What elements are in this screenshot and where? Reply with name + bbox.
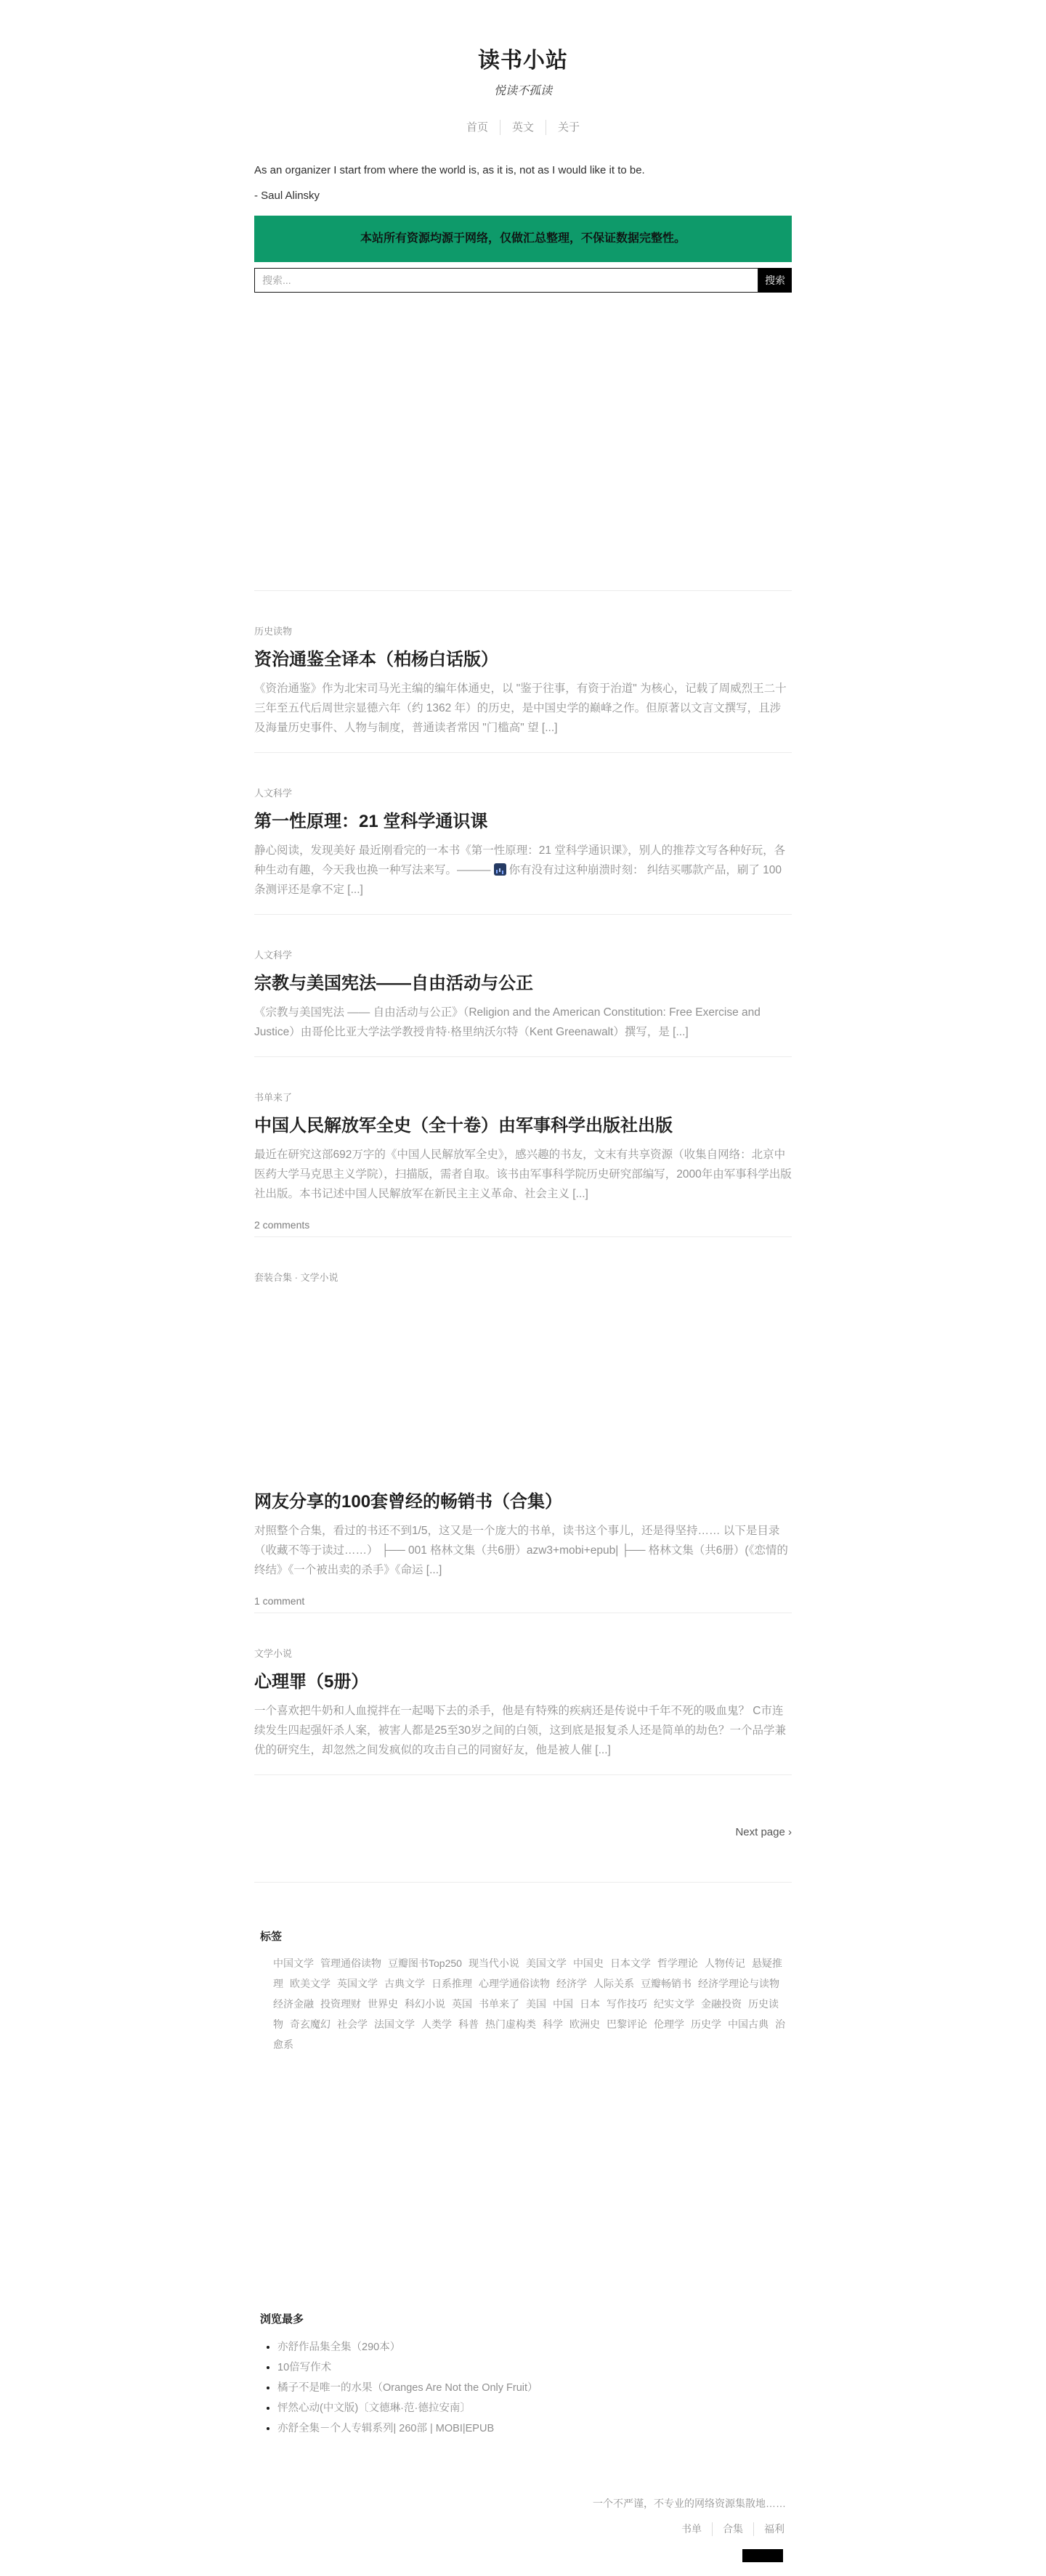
post: 套装合集 · 文学小说 网友分享的100套曾经的畅销书（合集） 对照整个合集，看…	[254, 1236, 792, 1608]
quote-text: As an organizer I start from where the w…	[254, 163, 792, 179]
tag-link[interactable]: 科幻小说	[405, 1998, 445, 2010]
most-viewed-item: 橘子不是唯一的水果（Oranges Are Not the Only Fruit…	[277, 2378, 792, 2398]
post-category-row: 套装合集 · 文学小说	[254, 1271, 792, 1284]
featured-image-placeholder	[254, 1284, 792, 1480]
blank-widget-placeholder	[260, 2055, 792, 2265]
post-title[interactable]: 中国人民解放军全史（全十卷）由军事科学出版社出版	[254, 1116, 673, 1136]
tag-link[interactable]: 写作技巧	[607, 1998, 647, 2010]
tag-link[interactable]: 伦理学	[654, 2018, 684, 2030]
tag-link[interactable]: 中国史	[573, 1957, 604, 1969]
most-viewed-list: 亦舒作品集全集（290本）10倍写作术橘子不是唯一的水果（Oranges Are…	[260, 2337, 792, 2439]
notice-banner: 本站所有资源均源于网络，仅做汇总整理，不保证数据完整性。	[254, 216, 792, 262]
site-title[interactable]: 读书小站	[254, 42, 792, 74]
nav-item-about[interactable]: 关于	[546, 120, 591, 135]
tag-link[interactable]: 欧美文学	[290, 1978, 331, 1989]
site-footer: 一个不严谨，不专业的网络资源集散地…… 书单 合集 福利	[254, 2497, 792, 2564]
tag-link[interactable]: 欧洲史	[569, 2018, 600, 2030]
post-comments-link[interactable]: 1 comment	[254, 1595, 304, 1607]
tag-link[interactable]: 热门虚构类	[485, 2018, 536, 2030]
tag-link[interactable]: 现当代小说	[469, 1957, 519, 1969]
tag-link[interactable]: 豆瓣图书Top250	[388, 1957, 462, 1969]
tag-link[interactable]: 社会学	[337, 2018, 368, 2030]
post-category[interactable]: 历史读物	[254, 626, 292, 637]
footer-link-collection[interactable]: 合集	[712, 2522, 753, 2536]
tag-link[interactable]: 纪实文学	[654, 1998, 694, 2010]
most-viewed-heading: 浏览最多	[260, 2312, 792, 2327]
site-header: 读书小站 悦读不孤读 首页 英文 关于	[254, 42, 792, 135]
chart-emoji-icon	[494, 863, 506, 876]
tag-link[interactable]: 经济金融	[273, 1998, 314, 2010]
tags-widget: 标签 中国文学管理通俗读物豆瓣图书Top250现当代小说美国文学中国史日本文学哲…	[260, 1929, 792, 2055]
tag-link[interactable]: 世界史	[368, 1998, 398, 2010]
tag-link[interactable]: 人际关系	[593, 1978, 634, 1989]
search-button[interactable]: 搜索	[758, 268, 792, 293]
quote-author: - Saul Alinsky	[254, 188, 792, 204]
tag-link[interactable]: 巴黎评论	[607, 2018, 647, 2030]
post-title[interactable]: 第一性原理：21 堂科学通识课	[254, 812, 487, 831]
post-category[interactable]: 书单来了	[254, 1092, 292, 1103]
footer-nav: 书单 合集 福利	[254, 2522, 786, 2536]
post: 书单来了 中国人民解放军全史（全十卷）由军事科学出版社出版 最近在研究这部692…	[254, 1056, 792, 1232]
most-viewed-link[interactable]: 怦然心动(中文版)〔文德琳·范·德拉安南〕	[277, 2402, 471, 2414]
post-excerpt: 对照整个合集，看过的书还不到1/5，这又是一个庞大的书单，读书这个事儿，还是得坚…	[254, 1521, 792, 1580]
tag-link[interactable]: 历史学	[691, 2018, 721, 2030]
tag-link[interactable]: 科学	[543, 2018, 563, 2030]
tag-link[interactable]: 管理通俗读物	[320, 1957, 381, 1969]
tag-link[interactable]: 经济学理论与读物	[698, 1978, 779, 1989]
search-form: 搜索	[254, 268, 792, 293]
post: 人文科学 宗教与美国宪法——自由活动与公正 《宗教与美国宪法 —— 自由活动与公…	[254, 914, 792, 1042]
tag-link[interactable]: 经济学	[556, 1978, 587, 1989]
tag-link[interactable]: 哲学理论	[657, 1957, 698, 1969]
tag-link[interactable]: 金融投资	[701, 1998, 742, 2010]
tag-cloud: 中国文学管理通俗读物豆瓣图书Top250现当代小说美国文学中国史日本文学哲学理论…	[260, 1953, 792, 2055]
most-viewed-item: 亦舒全集－个人专辑系列| 260部 | MOBI|EPUB	[277, 2418, 792, 2439]
tags-heading: 标签	[260, 1929, 792, 1944]
post-category[interactable]: 套装合集 · 文学小说	[254, 1272, 338, 1283]
main-nav: 首页 英文 关于	[254, 120, 792, 135]
post: 人文科学 第一性原理：21 堂科学通识课 静心阅读，发现美好 最近刚看完的一本书…	[254, 752, 792, 900]
tag-link[interactable]: 奇玄魔幻	[290, 2018, 331, 2030]
post-excerpt: 静心阅读，发现美好 最近刚看完的一本书《第一性原理：21 堂科学通识课》，别人的…	[254, 841, 792, 900]
tag-link[interactable]: 法国文学	[374, 2018, 415, 2030]
post-list: 历史读物 资治通鉴全译本（柏杨白话版） 《资治通鉴》作为北宋司马光主编的编年体通…	[254, 590, 792, 1760]
post-category-row: 书单来了	[254, 1091, 792, 1104]
post-title[interactable]: 资治通鉴全译本（柏杨白话版）	[254, 650, 498, 669]
most-viewed-item: 亦舒作品集全集（290本）	[277, 2337, 792, 2357]
tag-link[interactable]: 投资理财	[320, 1998, 361, 2010]
post-comments-row: 1 comment	[254, 1594, 792, 1608]
post-excerpt: 《资治通鉴》作为北宋司马光主编的编年体通史，以 "鉴于往事，有资于治道" 为核心…	[254, 679, 792, 738]
tag-link[interactable]: 美国	[526, 1998, 546, 2010]
tag-link[interactable]: 英国文学	[337, 1978, 378, 1989]
footer-link-booklist[interactable]: 书单	[671, 2522, 712, 2536]
search-input[interactable]	[254, 268, 758, 293]
tag-link[interactable]: 书单来了	[479, 1998, 519, 2010]
tag-link[interactable]: 日本	[580, 1998, 600, 2010]
next-page-link[interactable]: Next page ›	[735, 1826, 792, 1838]
post-title[interactable]: 心理罪（5册）	[254, 1672, 368, 1692]
tag-link[interactable]: 心理学通俗读物	[479, 1978, 550, 1989]
tag-link[interactable]: 美国文学	[526, 1957, 567, 1969]
post-category[interactable]: 人文科学	[254, 788, 292, 799]
post-category[interactable]: 文学小说	[254, 1648, 292, 1659]
tag-link[interactable]: 日系推理	[431, 1978, 472, 1989]
post-comments-row: 2 comments	[254, 1218, 792, 1232]
tag-link[interactable]: 中国	[553, 1998, 573, 2010]
footer-link-welfare[interactable]: 福利	[753, 2522, 786, 2536]
post-comments-link[interactable]: 2 comments	[254, 1219, 309, 1231]
post-category-row: 人文科学	[254, 786, 792, 800]
post-category[interactable]: 人文科学	[254, 950, 292, 961]
tag-link[interactable]: 中国文学	[273, 1957, 314, 1969]
nav-item-english[interactable]: 英文	[500, 120, 546, 135]
post-category-row: 历史读物	[254, 624, 792, 638]
most-viewed-widget: 浏览最多 亦舒作品集全集（290本）10倍写作术橘子不是唯一的水果（Orange…	[260, 2312, 792, 2439]
post-title[interactable]: 宗教与美国宪法——自由活动与公正	[254, 974, 533, 993]
most-viewed-link[interactable]: 亦舒全集－个人专辑系列| 260部 | MOBI|EPUB	[277, 2423, 494, 2434]
tag-link[interactable]: 豆瓣畅销书	[641, 1978, 692, 1989]
tag-link[interactable]: 科普	[458, 2018, 479, 2030]
most-viewed-link[interactable]: 10倍写作术	[277, 2362, 331, 2373]
post-excerpt: 一个喜欢把牛奶和人血搅拌在一起喝下去的杀手，他是有特殊的疾病还是传说中千年不死的…	[254, 1701, 792, 1760]
tag-link[interactable]: 人物传记	[705, 1957, 745, 1969]
post-excerpt: 最近在研究这部692万字的《中国人民解放军全史》，感兴趣的书友，文末有共享资源（…	[254, 1145, 792, 1204]
page: 读书小站 悦读不孤读 首页 英文 关于 As an organizer I st…	[254, 42, 792, 2564]
pagination: Next page ›	[254, 1774, 792, 1882]
notice-text: 本站所有资源均源于网络，仅做汇总整理，不保证数据完整性。	[263, 231, 783, 247]
visitor-counter-badge	[742, 2549, 783, 2562]
tag-link[interactable]: 英国	[452, 1998, 472, 2010]
blank-ad-placeholder	[254, 293, 792, 590]
tag-link[interactable]: 日本文学	[610, 1957, 651, 1969]
site-quote: As an organizer I start from where the w…	[254, 163, 792, 204]
tag-link[interactable]: 中国古典	[728, 2018, 769, 2030]
widgets-area: 标签 中国文学管理通俗读物豆瓣图书Top250现当代小说美国文学中国史日本文学哲…	[254, 1882, 792, 2439]
most-viewed-link[interactable]: 橘子不是唯一的水果（Oranges Are Not the Only Fruit…	[277, 2382, 538, 2394]
post-title[interactable]: 网友分享的100套曾经的畅销书（合集）	[254, 1492, 562, 1512]
post-excerpt: 《宗教与美国宪法 —— 自由活动与公正》（Religion and the Am…	[254, 1003, 792, 1042]
post: 历史读物 资治通鉴全译本（柏杨白话版） 《资治通鉴》作为北宋司马光主编的编年体通…	[254, 590, 792, 738]
post: 文学小说 心理罪（5册） 一个喜欢把牛奶和人血搅拌在一起喝下去的杀手，他是有特殊…	[254, 1613, 792, 1760]
tag-link[interactable]: 古典文学	[384, 1978, 425, 1989]
footer-tagline: 一个不严谨，不专业的网络资源集散地……	[254, 2497, 786, 2511]
nav-item-home[interactable]: 首页	[455, 120, 500, 135]
post-category-row: 文学小说	[254, 1647, 792, 1660]
most-viewed-link[interactable]: 亦舒作品集全集（290本）	[277, 2341, 400, 2353]
post-category-row: 人文科学	[254, 948, 792, 962]
tag-link[interactable]: 人类学	[421, 2018, 452, 2030]
most-viewed-item: 怦然心动(中文版)〔文德琳·范·德拉安南〕	[277, 2398, 792, 2418]
most-viewed-item: 10倍写作术	[277, 2357, 792, 2378]
site-subtitle: 悦读不孤读	[254, 81, 792, 98]
